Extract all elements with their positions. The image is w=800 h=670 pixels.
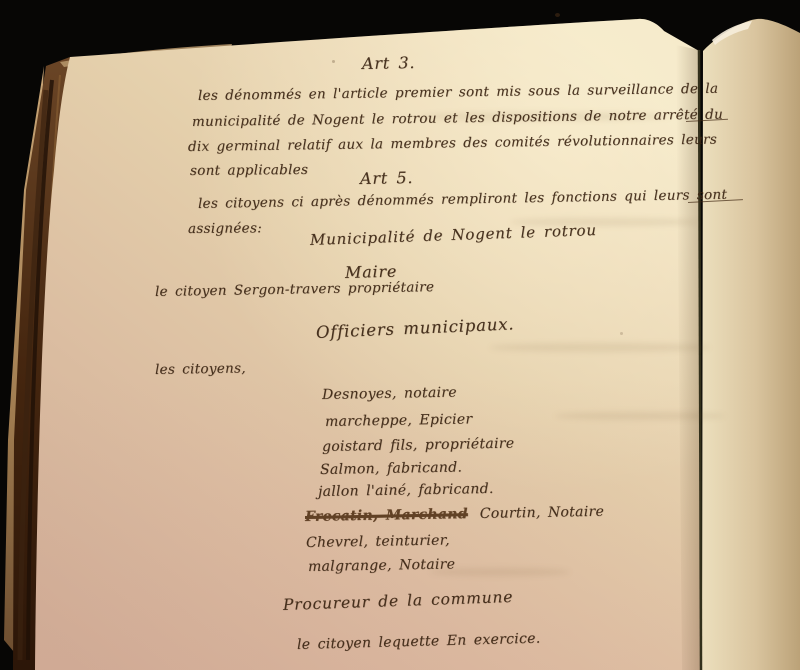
- manuscript-line: les citoyens ci après dénommés rempliron…: [198, 187, 727, 212]
- manuscript-line: sont applicables: [190, 162, 308, 179]
- manuscript-line: dix germinal relatif aux la membres des …: [188, 132, 717, 155]
- officiers-intro: les citoyens,: [155, 360, 246, 378]
- officiers-list-item: Desnoyes, notaire: [322, 385, 457, 403]
- manuscript-line: assignées:: [188, 220, 262, 237]
- bleed-through-smudge: [555, 412, 725, 420]
- officiers-heading: Officiers municipaux.: [316, 314, 515, 342]
- paper-speck: [555, 13, 560, 17]
- art5-heading: Art 5.: [360, 168, 414, 188]
- procureur-line: le citoyen lequette En exercice.: [297, 631, 541, 653]
- paper-speck: [332, 60, 335, 63]
- book-photo: Art 3. les dénommés en l'article premier…: [0, 0, 800, 670]
- kept-text: Courtin, Notaire: [480, 504, 605, 522]
- art3-heading: Art 3.: [362, 53, 416, 73]
- municipalite-heading: Municipalité de Nogent le rotrou: [310, 221, 597, 249]
- paper-speck: [620, 332, 623, 335]
- manuscript-line: les dénommés en l'article premier sont m…: [198, 81, 718, 104]
- maire-line: le citoyen Sergon-travers propriétaire: [155, 279, 435, 300]
- procureur-heading: Procureur de la commune: [283, 588, 514, 614]
- officiers-list-item: goistard fils, propriétaire: [322, 436, 515, 455]
- bleed-through-smudge: [490, 343, 710, 352]
- officiers-list-item: Chevrel, teinturier,: [306, 532, 450, 551]
- officiers-list-item: jallon l'ainé, fabricand.: [318, 481, 494, 500]
- struck-text: Frecatin, Marchand: [305, 506, 468, 525]
- officiers-list-item: marcheppe, Epicier: [325, 411, 473, 430]
- manuscript-line: municipalité de Nogent le rotrou et les …: [192, 107, 723, 130]
- officiers-list-item: Salmon, fabricand.: [320, 460, 462, 478]
- handwriting-layer: Art 3. les dénommés en l'article premier…: [0, 0, 800, 670]
- officiers-list-item: malgrange, Notaire: [308, 556, 456, 575]
- officiers-list-item-corrected: Frecatin, MarchandCourtin, Notaire: [305, 504, 604, 525]
